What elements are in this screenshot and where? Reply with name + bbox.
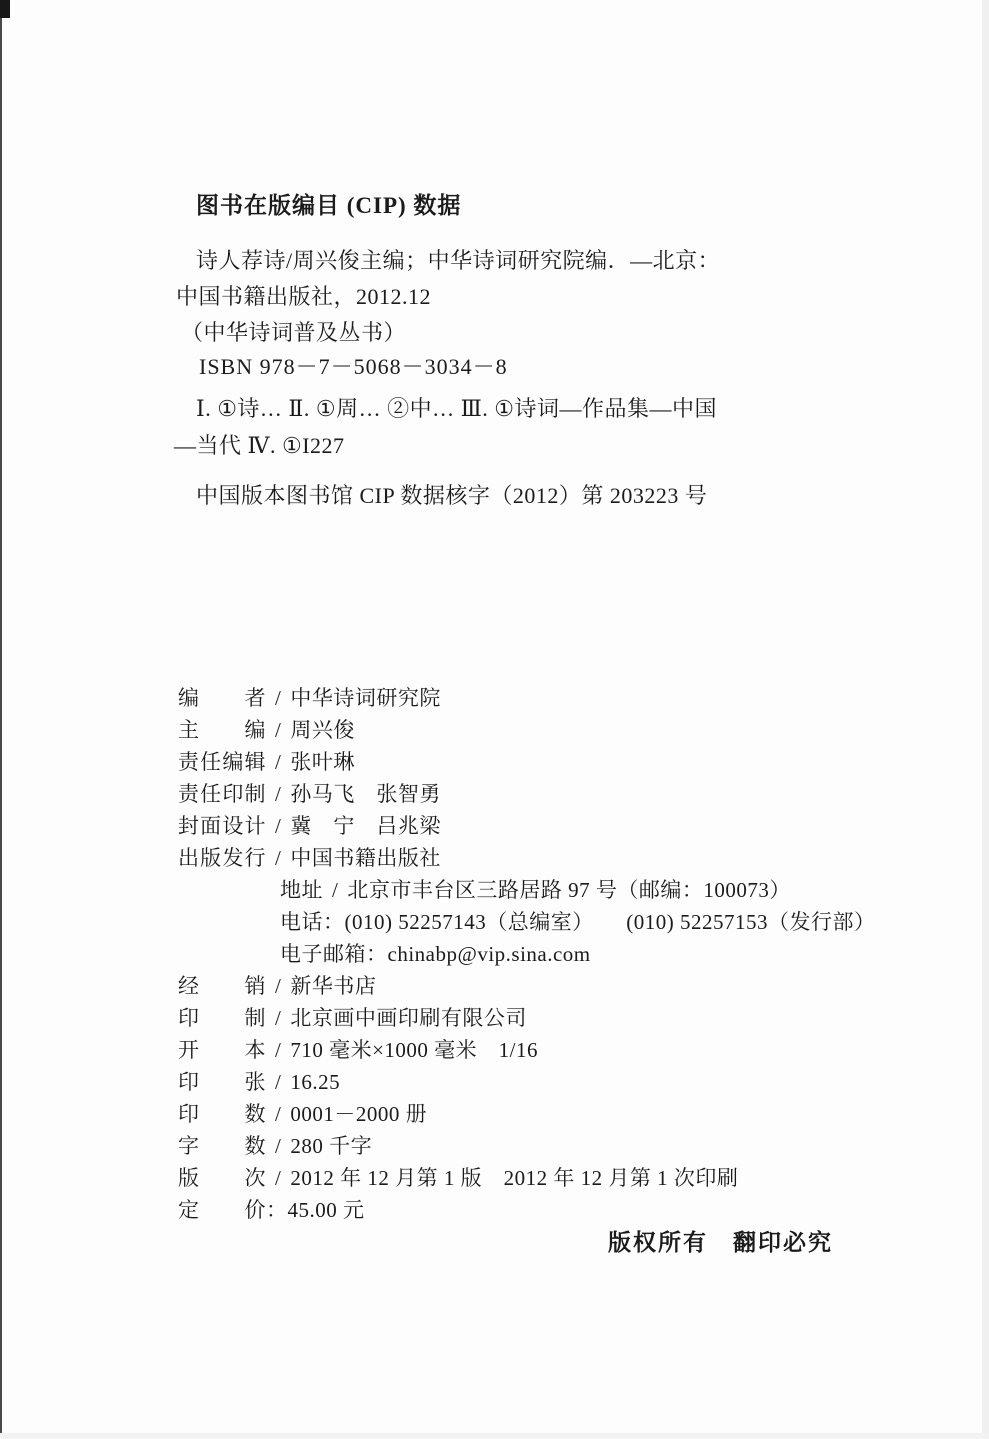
colophon-value: 新华书店 [290, 974, 376, 998]
cip-record-number: 中国版本图书馆 CIP 数据核字（2012）第 203223 号 [196, 482, 707, 510]
cip-isbn: ISBN 978－7－5068－3034－8 [199, 353, 508, 381]
colophon-row-edition: 版次/2012 年 12 月第 1 版 2012 年 12 月第 1 次印刷 [178, 1162, 938, 1194]
colophon-separator: / [275, 1134, 281, 1158]
colophon-row-distributor: 经销/新华书店 [178, 970, 938, 1002]
colophon-value: 周兴俊 [290, 718, 355, 742]
colophon-separator: / [275, 814, 281, 838]
colophon-label: 印张 [178, 1066, 266, 1098]
colophon-value: 冀 宁 吕兆梁 [290, 814, 441, 838]
colophon-separator: ： [266, 1198, 288, 1222]
cip-description-line-1: 诗人荐诗/周兴俊主编；中华诗词研究院编．—北京： [196, 247, 720, 275]
colophon-value: 北京画中画印刷有限公司 [290, 1006, 527, 1030]
colophon-row-email: 电子邮箱：chinabp@vip.sina.com [280, 938, 938, 970]
colophon-block: 编者/中华诗词研究院 主编/周兴俊 责任编辑/张叶琳 责任印制/孙马飞 张智勇 … [178, 682, 938, 1226]
colophon-value: 张叶琳 [290, 750, 355, 774]
colophon-row-chief-editor: 主编/周兴俊 [178, 714, 938, 746]
scan-left-edge-line [0, 0, 2, 1439]
colophon-value: 中国书籍出版社 [290, 846, 441, 870]
colophon-label: 责任印制 [178, 778, 266, 810]
colophon-row-address: 地址/北京市丰台区三路居路 97 号（邮编：100073） [280, 874, 938, 906]
colophon-value: 16.25 [290, 1070, 340, 1094]
cip-description-line-2: 中国书籍出版社，2012.12 [176, 283, 431, 311]
cip-classification-line-2: —当代 Ⅳ. ①I227 [174, 432, 345, 460]
colophon-separator: / [275, 782, 281, 806]
scan-corner-mark [0, 0, 10, 18]
colophon-value: (010) 52257143（总编室） (010) 52257153（发行部） [345, 910, 876, 934]
colophon-label: 出版发行 [178, 842, 266, 874]
colophon-row-responsible-editor: 责任编辑/张叶琳 [178, 746, 938, 778]
colophon-separator: ： [323, 910, 345, 934]
colophon-label: 主编 [178, 714, 266, 746]
colophon-row-editor-org: 编者/中华诗词研究院 [178, 682, 938, 714]
scan-right-edge-shade [982, 0, 989, 1439]
colophon-label: 责任编辑 [178, 746, 266, 778]
colophon-value: chinabp@vip.sina.com [388, 942, 591, 966]
colophon-value: 710 毫米×1000 毫米 1/16 [290, 1038, 538, 1062]
colophon-separator: ： [366, 942, 388, 966]
colophon-label: 开本 [178, 1034, 266, 1066]
colophon-value: 孙马飞 张智勇 [290, 782, 441, 806]
colophon-separator: / [275, 1038, 281, 1062]
colophon-row-publisher: 出版发行/中国书籍出版社 [178, 842, 938, 874]
cip-heading: 图书在版编目 (CIP) 数据 [196, 192, 461, 220]
colophon-separator: / [275, 1070, 281, 1094]
colophon-separator: / [275, 1102, 281, 1126]
colophon-label: 字数 [178, 1130, 266, 1162]
colophon-label: 编者 [178, 682, 266, 714]
colophon-label: 定价 [178, 1194, 266, 1226]
colophon-row-price: 定价：45.00 元 [178, 1194, 938, 1226]
book-copyright-page: 图书在版编目 (CIP) 数据 诗人荐诗/周兴俊主编；中华诗词研究院编．—北京：… [0, 0, 989, 1439]
colophon-value: 北京市丰台区三路居路 97 号（邮编：100073） [347, 878, 791, 902]
colophon-row-print-run: 印数/0001－2000 册 [178, 1098, 938, 1130]
colophon-separator: / [275, 1166, 281, 1190]
colophon-row-phone: 电话：(010) 52257143（总编室） (010) 52257153（发行… [280, 906, 938, 938]
colophon-separator: / [275, 1006, 281, 1030]
cip-series-note: （中华诗词普及丛书） [181, 319, 406, 347]
colophon-label: 印数 [178, 1098, 266, 1130]
colophon-value: 45.00 元 [288, 1198, 365, 1222]
colophon-label: 地址 [280, 874, 323, 906]
colophon-label: 电话 [280, 906, 323, 938]
colophon-value: 0001－2000 册 [290, 1102, 427, 1126]
colophon-value: 中华诗词研究院 [290, 686, 441, 710]
copyright-notice: 版权所有 翻印必究 [608, 1224, 833, 1257]
colophon-row-format: 开本/710 毫米×1000 毫米 1/16 [178, 1034, 938, 1066]
colophon-label: 经销 [178, 970, 266, 1002]
colophon-row-word-count: 字数/280 千字 [178, 1130, 938, 1162]
colophon-separator: / [275, 846, 281, 870]
colophon-separator: / [275, 718, 281, 742]
colophon-label: 版次 [178, 1162, 266, 1194]
colophon-row-sheets: 印张/16.25 [178, 1066, 938, 1098]
colophon-value: 2012 年 12 月第 1 版 2012 年 12 月第 1 次印刷 [290, 1166, 738, 1190]
colophon-separator: / [275, 686, 281, 710]
colophon-row-printer: 印制/北京画中画印刷有限公司 [178, 1002, 938, 1034]
colophon-separator: / [332, 878, 338, 902]
colophon-label: 封面设计 [178, 810, 266, 842]
colophon-label: 印制 [178, 1002, 266, 1034]
scan-bottom-edge-shade [0, 1433, 989, 1439]
colophon-label: 电子邮箱 [280, 938, 366, 970]
colophon-row-cover-design: 封面设计/冀 宁 吕兆梁 [178, 810, 938, 842]
colophon-value: 280 千字 [290, 1134, 372, 1158]
colophon-separator: / [275, 974, 281, 998]
cip-classification-line-1: Ⅰ. ①诗… Ⅱ. ①周… ②中… Ⅲ. ①诗词—作品集—中国 [196, 395, 717, 423]
colophon-row-print-supervisor: 责任印制/孙马飞 张智勇 [178, 778, 938, 810]
colophon-separator: / [275, 750, 281, 774]
